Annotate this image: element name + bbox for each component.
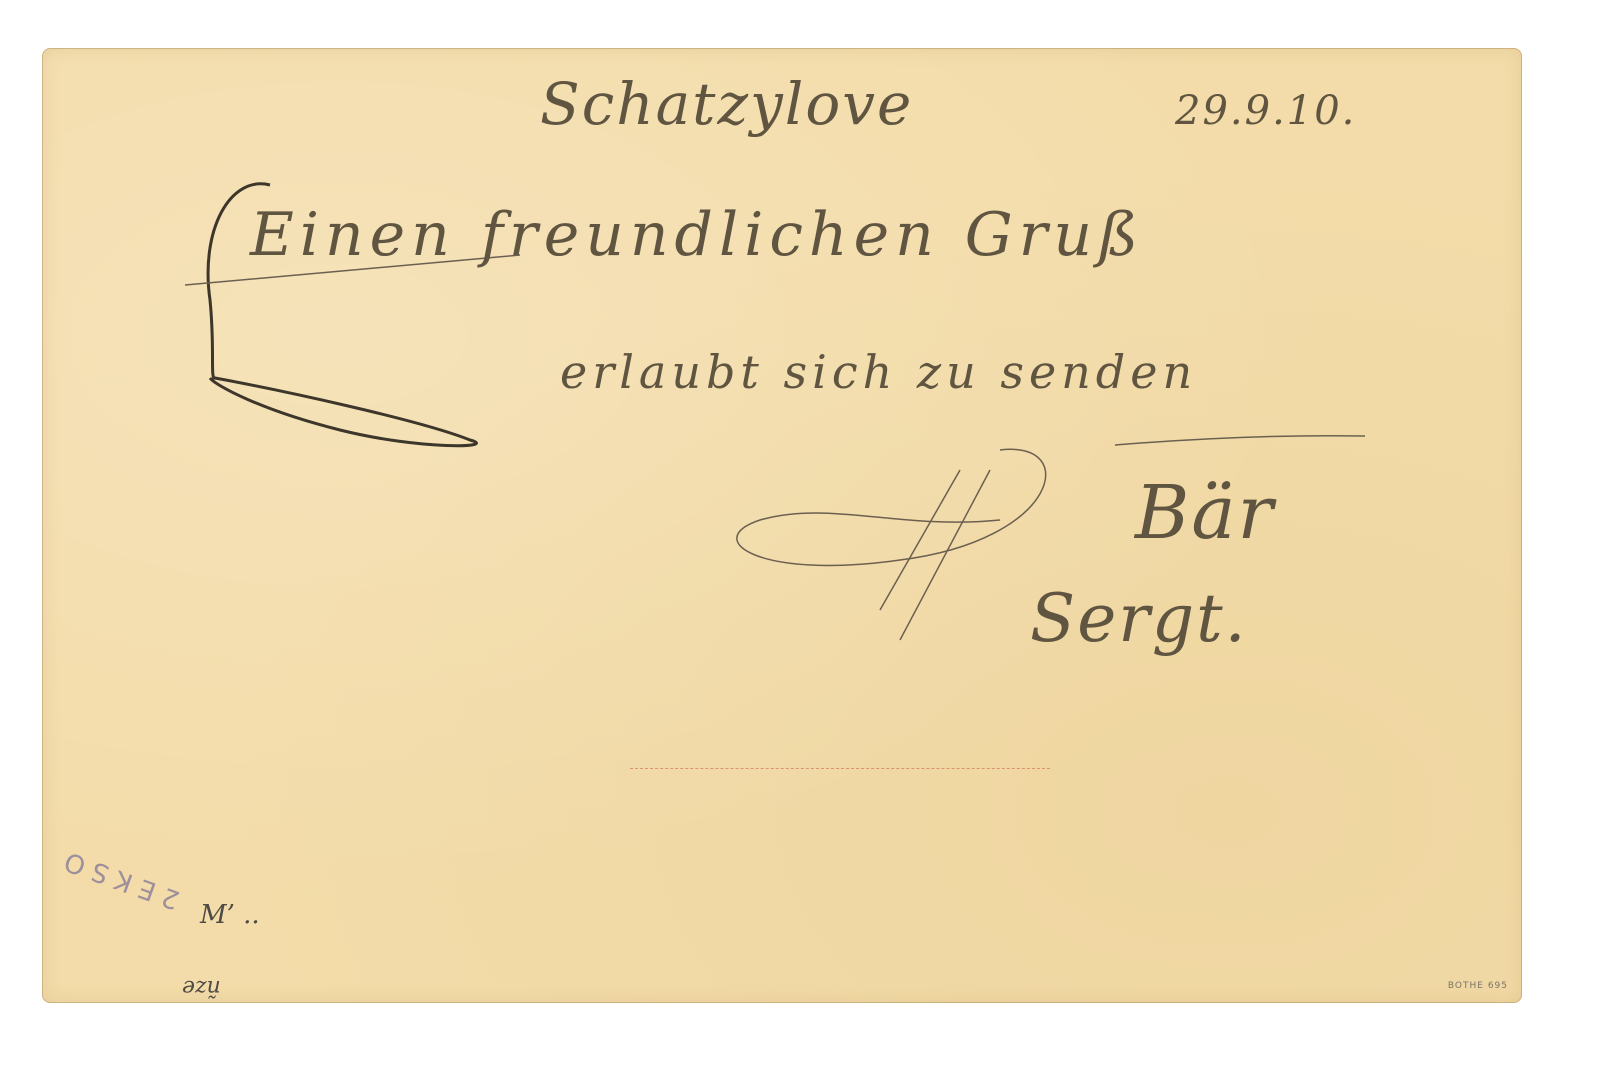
- date: 29.9.10.: [1175, 88, 1356, 134]
- signature-rank: Sergt.: [1030, 580, 1248, 657]
- greeting-line-2: erlaubt sich zu senden: [560, 345, 1197, 399]
- printer-mark: BOTHE 695: [1448, 981, 1508, 991]
- address-line: [630, 768, 1050, 769]
- pencil-note-upper: M’ ..: [200, 900, 260, 930]
- place-name: Schatzylove: [540, 70, 913, 138]
- postcard: [42, 48, 1522, 1003]
- signature-name: Bär: [1135, 470, 1275, 556]
- greeting-line-1: Einen freundlichen Gruß: [250, 200, 1144, 270]
- pencil-note-lower: ñze: [182, 975, 221, 1000]
